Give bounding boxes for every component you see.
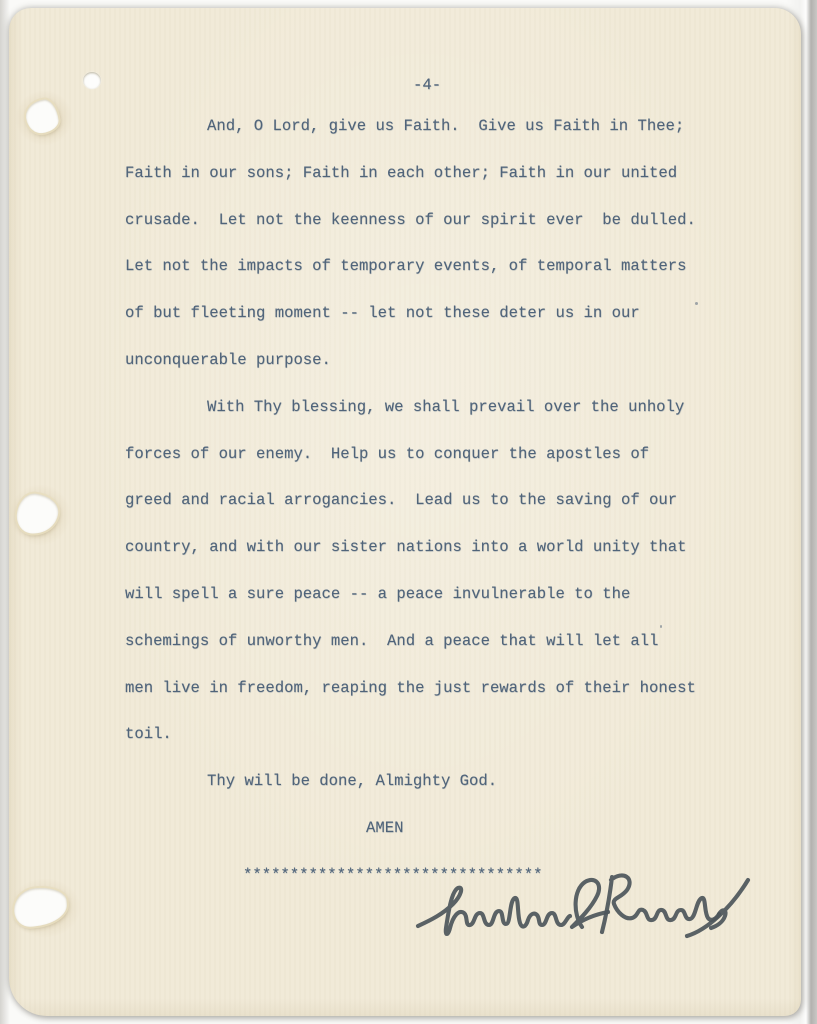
typed-line: Faith in our sons; Faith in each other; … bbox=[125, 150, 725, 197]
punch-hole bbox=[83, 72, 101, 89]
typed-line: With Thy blessing, we shall prevail over… bbox=[125, 384, 725, 431]
typed-line: AMEN bbox=[125, 805, 725, 852]
paper-speck bbox=[695, 302, 698, 305]
page-number: -4- bbox=[413, 76, 441, 94]
typed-line: country, and with our sister nations int… bbox=[125, 524, 725, 571]
typed-line: Thy will be done, Almighty God. bbox=[125, 758, 725, 805]
typed-line: of but fleeting moment -- let not these … bbox=[125, 290, 725, 337]
typed-line: toil. bbox=[125, 711, 725, 758]
signature-transcription: Franklin D Roosevelt bbox=[9, 8, 10, 9]
paper-speck bbox=[660, 625, 662, 628]
typed-line: schemings of unworthy men. And a peace t… bbox=[125, 618, 725, 665]
signature-stroke bbox=[572, 880, 608, 927]
signature-stroke bbox=[602, 875, 719, 932]
typed-line: Let not the impacts of temporary events,… bbox=[125, 243, 725, 290]
signature-stroke bbox=[418, 888, 570, 934]
typed-line: unconquerable purpose. bbox=[125, 337, 725, 384]
typed-lines: And, O Lord, give us Faith. Give us Fait… bbox=[125, 103, 725, 899]
typed-line: men live in freedom, reaping the just re… bbox=[125, 665, 725, 712]
handwritten-signature bbox=[415, 870, 755, 958]
scanned-document-screenshot: { "document": { "page_number": "-4-", "l… bbox=[0, 0, 817, 1024]
typed-line: crusade. Let not the keenness of our spi… bbox=[125, 197, 725, 244]
typed-line: will spell a sure peace -- a peace invul… bbox=[125, 571, 725, 618]
scanned-paper-page: -4- And, O Lord, give us Faith. Give us … bbox=[9, 8, 801, 1016]
typed-line: greed and racial arrogancies. Lead us to… bbox=[125, 477, 725, 524]
typed-line: And, O Lord, give us Faith. Give us Fait… bbox=[125, 103, 725, 150]
typed-line: forces of our enemy. Help us to conquer … bbox=[125, 431, 725, 478]
